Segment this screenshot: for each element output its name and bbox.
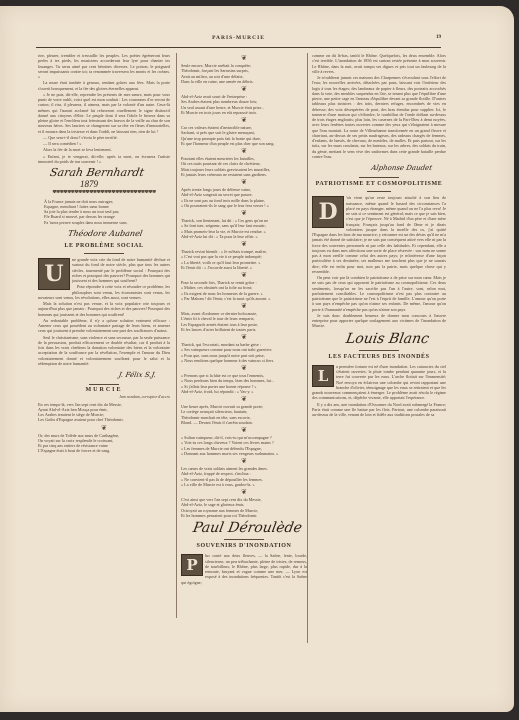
ornament-divider: ✽✽✽✽✽✽✽✽✽✽✽✽✽✽✽✽✽✽✽✽✽✽✽✽✽✽✽✽ [38,190,170,195]
divider [359,350,399,351]
section-title-souvenirs: SOUVENIRS D'INONDATION [181,544,307,549]
dropcap-ornament: D [312,196,344,228]
signature-louis-blanc: Louis Blanc [345,332,448,347]
newspaper-page: PARIS-MURCIE 19 rire, pleurer, trembler … [0,6,514,712]
verse-stanza: Tharick, son lieutenant, lui dit : « Ces… [181,218,307,239]
paragraph: Seul le christianisme, sans violence et … [38,335,170,367]
fleuron-icon: ❦ [181,240,307,248]
signature-sarah-bernhardt: Sarah Bernhardt [49,167,171,179]
fleuron-icon: ❦ [181,178,307,186]
verse-stanza: Seule encore, Murcie arrêtait la conquêt… [181,63,307,84]
verse-stanza: « Prenons que si la hâte est ce que tous… [181,373,307,394]
paragraph: rire, pleurer, trembler et tressaillir l… [38,53,170,79]
verse-stanza: Car ces valeurs étaient d'invincible nat… [181,125,307,146]
section-title-patriotisme: PATRIOTISME ET COSMOPOLITISME [312,182,446,187]
poem-stanzas: ❦Seule encore, Murcie arrêtait la conquê… [181,54,307,518]
fleuron-icon: ❦ [181,395,307,403]
fleuron-icon: ❦ [181,302,307,310]
dropcap-ornament: L [312,365,334,387]
paragraph: Mais la solution n'est pas venue, et la … [38,301,170,317]
dropcap-ornament: P [181,554,203,576]
paragraph: « Je ne puis, dit-elle, reprendre les pr… [38,92,170,134]
divider [84,253,124,254]
section-title-murcie: MURCIE [38,388,170,393]
signature-year: 1879 [80,182,170,187]
fleuron-icon: ❦ [181,457,307,465]
verse-stanza: Pourtant elles étaient meurtries les bat… [181,156,307,177]
page-header: PARIS-MURCIE 19 [36,35,441,48]
epigraph: Jam nondum, corruptor d'accro [38,394,170,399]
verse-stanza: Or, des murs de Tolède aux murs de Carth… [38,433,170,454]
verse-stanza: En ces temps-là, vers l'an sept cent dix… [38,402,170,423]
fleuron-icon: ❦ [181,116,307,124]
paragraph: — Il sera comédien ! » [38,141,170,146]
signature-paul-deroulede: Paul Déroulède [192,521,309,536]
column-middle: ❦Seule encore, Murcie arrêtait la conquê… [176,53,307,618]
fleuron-icon: ❦ [181,54,307,62]
column-right: comme on dit là-bas, tantôt le Rhône. Qu… [307,53,446,643]
fleuron-icon: ❦ [181,333,307,341]
verse-stanza: Tharick, qui l'escortait, mordant sa bar… [181,342,307,363]
paragraph: Il y a dix ans, une inondation d'Ossonne… [312,402,446,418]
paragraph: Alors la fée de la mort se leva lentemen… [38,147,170,152]
signature-theodore-aubanel: Théodore Aubanel [67,228,171,240]
fleuron-icon: ❦ [181,209,307,217]
paragraph: On peut voir par là combien le patriotis… [312,275,446,312]
verse-stanza: Mais, avant d'ordonner ce dernier holoca… [181,311,307,332]
verse-stanza: « Sultan vainqueur, dit-il, vois-tu qui … [181,435,307,456]
page-number: 19 [436,35,441,40]
verse-stanza: Une heure après, Murcie ouvrait sa grand… [181,404,307,425]
verse-stanza: C'est ainsi que vers l'an sept cent dix … [181,497,307,518]
running-title: PARIS-MURCIE [36,35,441,41]
divider [89,384,119,385]
paragraph: « Enfant, je te vengerai, dit-elle; aprè… [38,154,170,165]
verse-stanza: Abd-el-Aziz avait souri de l'entreprise … [181,94,307,115]
verse-stanza: Tharick revint bientôt : « Je m'étais tr… [181,249,307,270]
divider [359,177,399,178]
fleuron-icon: ❦ [181,85,307,93]
fleuron-icon: ❦ [181,426,307,434]
paragraph: — Que sera-t-il donc? s'écria le père te… [38,135,170,140]
signature-felix: J. Félix S.J. [49,369,157,381]
paragraph: Je suis donc doublement heureux de donne… [312,313,446,329]
section-title-facteurs: LES FACTEURS DES INONDÉS [312,355,446,360]
verse-stanza: Après trente longs jours de défense vain… [181,187,307,208]
paragraph: Au redoutable problème, il n'y a qu'une … [38,318,170,334]
column-left: rire, pleurer, trembler et tressaillir l… [38,53,170,455]
fleuron-icon: ❦ [181,271,307,279]
fleuron-icon: ❦ [38,424,170,432]
verse-stanza: À la France jamais ne doit nous outrager… [44,199,170,225]
fleuron-icon: ❦ [181,364,307,372]
divider [224,539,264,540]
dropcap-ornament: U [38,258,70,290]
fleuron-icon: ❦ [181,147,307,155]
verse-stanza: Pour la seconde fois, Tharick se remit g… [181,280,307,301]
paragraph: comme on dit là-bas, tantôt le Rhône. Qu… [312,53,446,74]
fleuron-icon: ❦ [181,488,307,496]
section-title-probleme-social: LE PROBLÈME SOCIAL [38,244,170,249]
signature-alphonse-daudet: Alphonse Daudet [323,162,433,174]
divider [367,191,391,192]
verse-stanza: Les cœurs de vrais soldats aiment les gr… [181,466,307,487]
paragraph: La muse était tombée à genoux, rendant g… [38,80,170,91]
paragraph: Je n'oublierai jamais ces maisons des Ch… [312,75,446,159]
